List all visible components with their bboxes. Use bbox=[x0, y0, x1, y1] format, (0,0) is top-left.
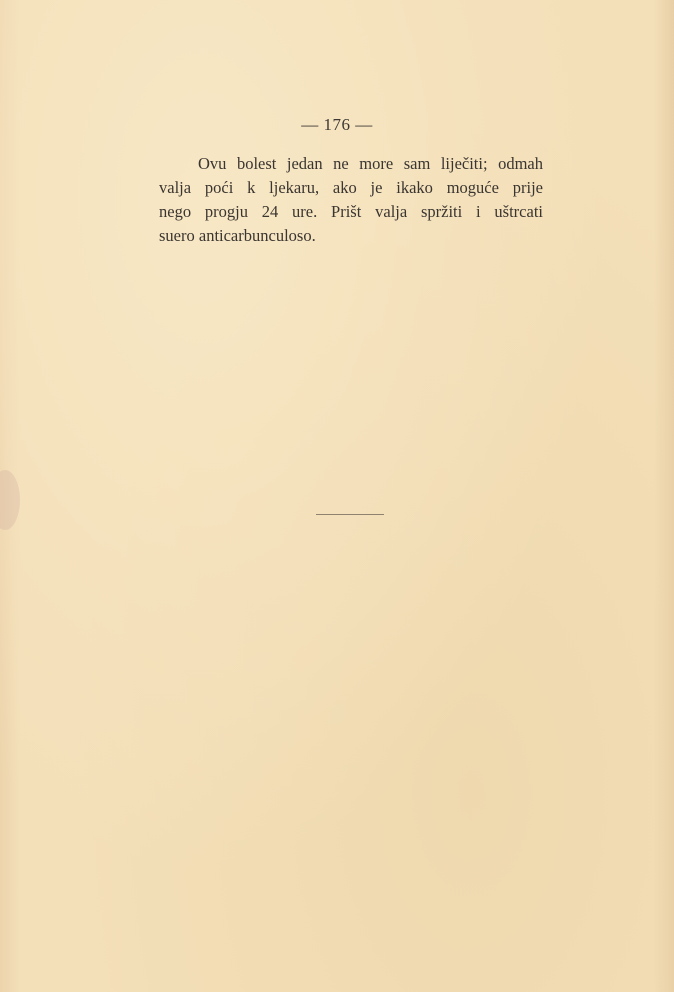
paper-stain bbox=[0, 470, 20, 530]
paragraph-line: valja poći k ljekaru, ako je ikako moguć… bbox=[159, 176, 543, 200]
section-divider-rule bbox=[316, 514, 384, 515]
paragraph-line: Ovu bolest jedan ne more sam liječiti; o… bbox=[159, 152, 543, 176]
body-paragraph: Ovu bolest jedan ne more sam liječiti; o… bbox=[159, 152, 543, 248]
paragraph-line: nego progju 24 ure. Prišt valja spržiti … bbox=[159, 200, 543, 224]
page-number: — 176 — bbox=[0, 115, 674, 135]
paragraph-line: suero anticarbunculoso. bbox=[159, 224, 543, 248]
